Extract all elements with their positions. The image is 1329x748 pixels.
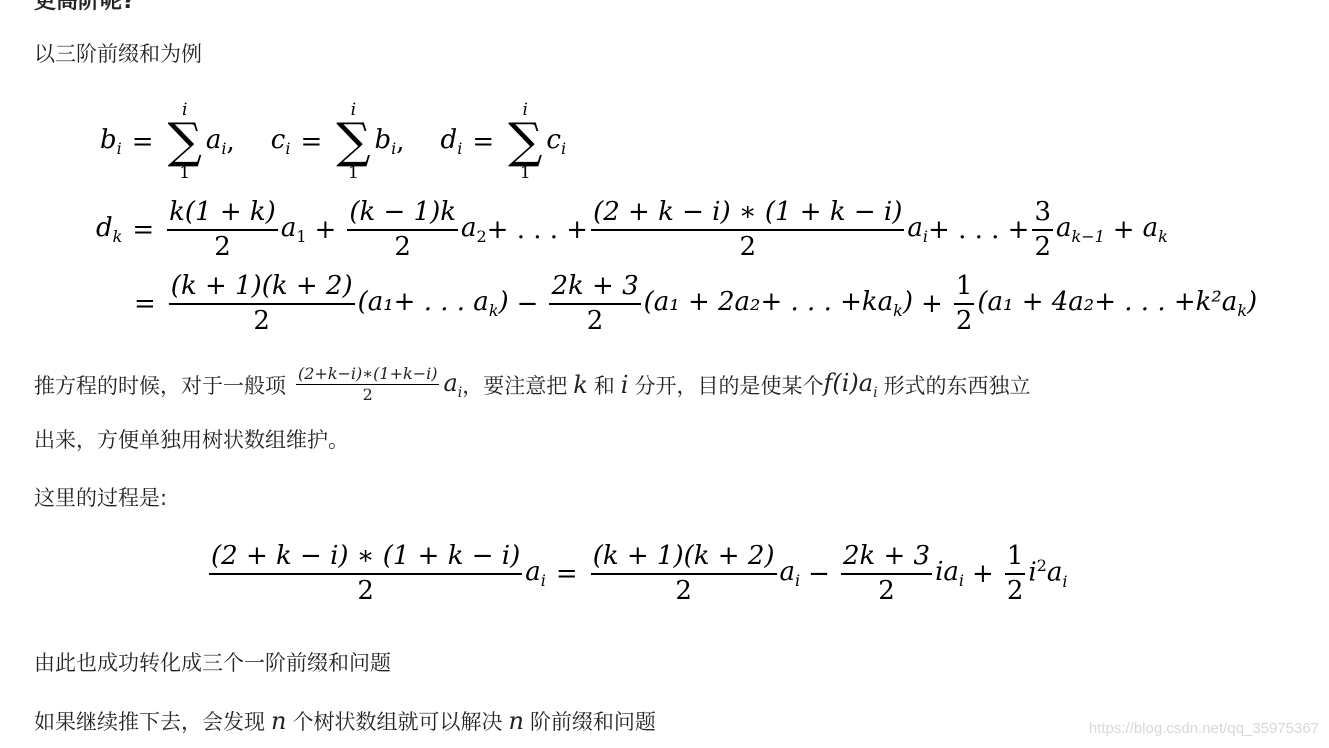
process-equation: (2 + k − i) ∗ (1 + k − i)2 ai = (k + 1)(…	[206, 540, 1068, 607]
dk-expansion-line2: = (k + 1)(k + 2)2 (a₁+ . . . ak) − 2k + …	[134, 270, 1257, 337]
sum-symbol: i∑1	[508, 102, 542, 182]
conclusion-text: 由此也成功转化成三个一阶前缀和问题	[34, 647, 391, 677]
watermark: https://blog.csdn.net/qq_35975367	[1089, 720, 1319, 737]
section-heading: 更高阶呢?	[34, 0, 135, 15]
generalization-text: 如果继续推下去，会发现 n 个树状数组就可以解决 n 阶前缀和问题	[34, 706, 656, 736]
b-lhs: bi	[100, 125, 122, 158]
c-lhs: ci	[271, 125, 291, 158]
sum-symbol: i∑1	[336, 102, 370, 182]
definitions-equation: bi = i∑1 ai, ci = i∑1 bi, di = i∑1 ci	[100, 102, 566, 182]
sum-symbol: i∑1	[168, 102, 202, 182]
dk-expansion-line1: dk = k(1 + k)2 a1+ (k − 1)k2 a2+ . . . +…	[96, 196, 1168, 263]
explanation-paragraph-line1: 推方程的时候，对于一般项 (2+k−i)∗(1+k−i)2 ai ，要注意把 k…	[34, 364, 1031, 405]
intro-text: 以三阶前缀和为例	[34, 38, 202, 68]
explanation-paragraph-line2: 出来，方便单独用树状数组维护。	[34, 424, 349, 454]
process-intro-text: 这里的过程是:	[34, 482, 167, 512]
d-lhs: di	[441, 125, 463, 158]
